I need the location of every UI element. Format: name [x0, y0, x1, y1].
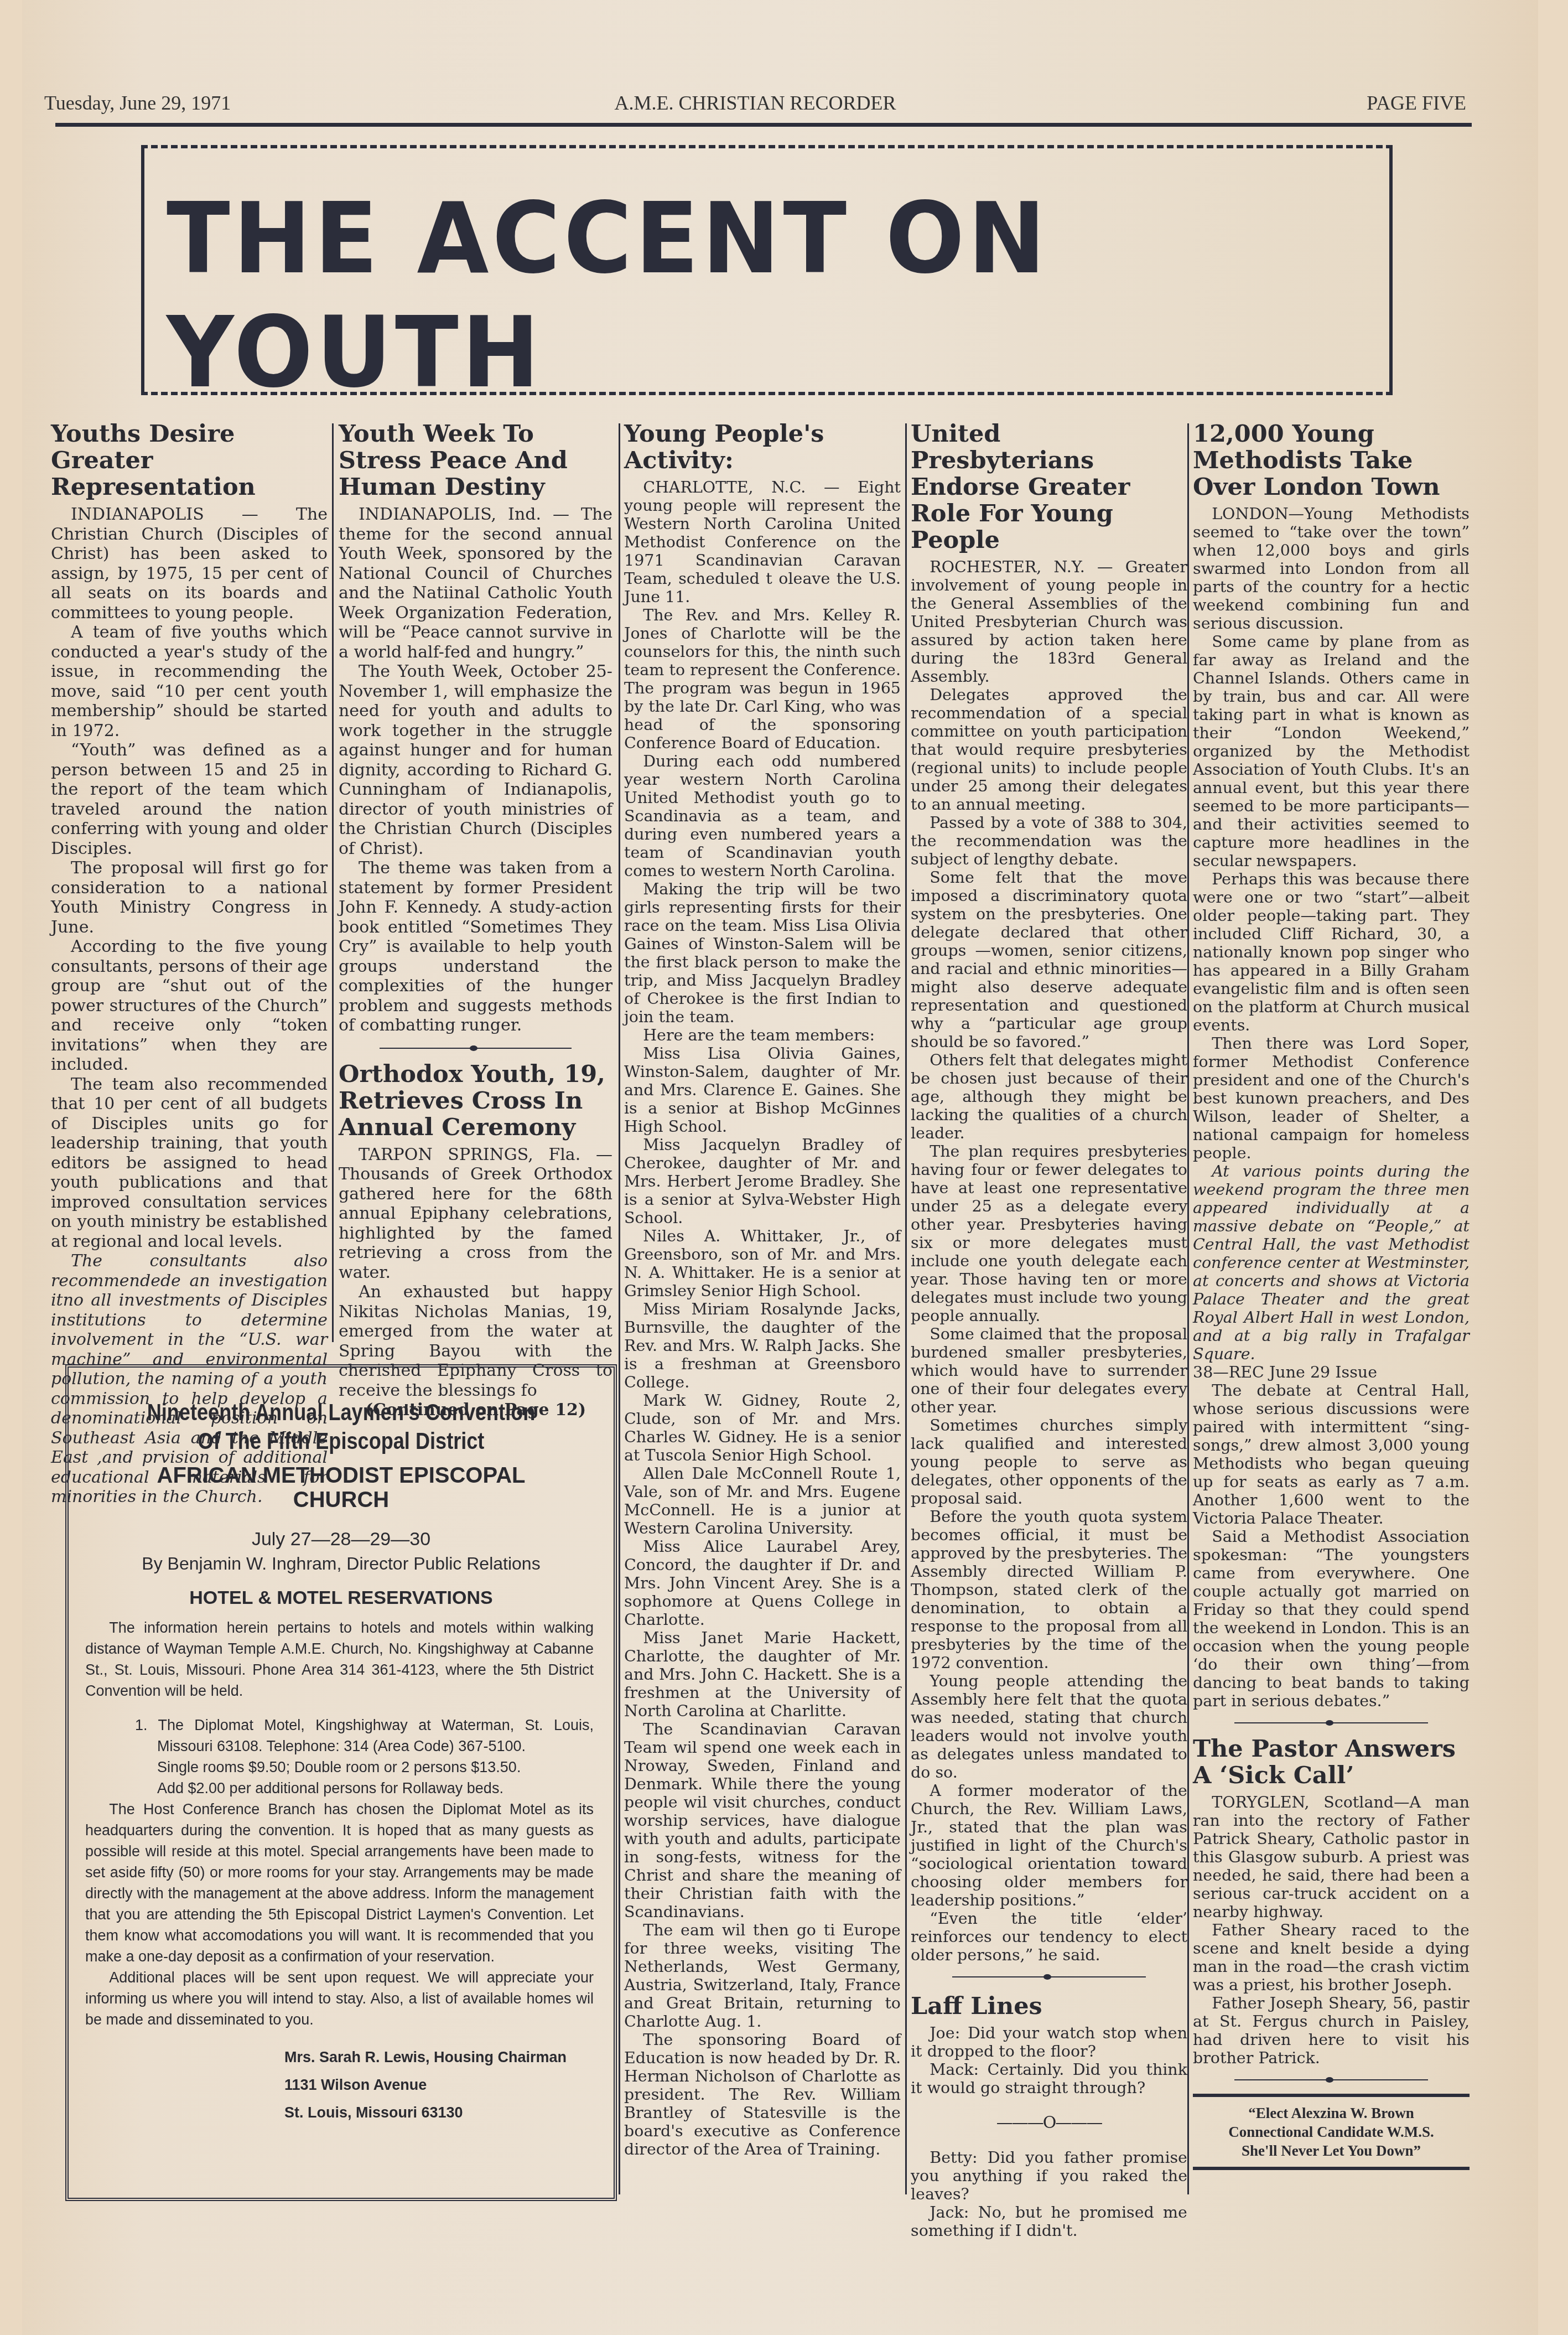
- paragraph: The debate at Central Hall, whose seriou…: [1193, 1381, 1470, 1528]
- signature-line: 1131 Wilson Avenue: [284, 2071, 594, 2099]
- article-young-methodists: 12,000 Young Methodists Take Over London…: [1193, 421, 1470, 2170]
- article-united-presbyterians: United Presbyterians Endorse Greater Rol…: [911, 421, 1187, 2240]
- ad-list-item: 1. The Diplomat Motel, Kingshighway at W…: [85, 1715, 594, 1757]
- headline: Young People's Activity:: [624, 421, 901, 474]
- headline: The Pastor Answers A ‘Sick Call’: [1193, 1736, 1470, 1789]
- paragraph: The eam wil then go ti Europe for three …: [624, 1921, 901, 2031]
- paragraph: Niles A. Whittaker, Jr., of Greensboro, …: [624, 1227, 901, 1300]
- paragraph: Miss Jacquelyn Bradley of Cherokee, daug…: [624, 1136, 901, 1227]
- paragraph: Delegates approved the recommendation of…: [911, 686, 1187, 814]
- ad-rate: Single rooms $9.50; Double room or 2 per…: [85, 1757, 594, 1778]
- paragraph: Miss Lisa Olivia Gaines, Winston-Salem, …: [624, 1044, 901, 1136]
- paragraph: According to the five young consultants,…: [51, 937, 328, 1075]
- ad-paragraph: The Host Conference Branch has chosen th…: [85, 1799, 594, 1967]
- section-banner: THE ACCENT ON YOUTH: [141, 145, 1393, 395]
- paragraph: Miss Miriam Rosalynde Jacks, Burnsville,…: [624, 1300, 901, 1391]
- ad-dates: July 27—28—29—30: [69, 1529, 614, 1550]
- paragraph: TORYGLEN, Scotland—A man ran into the re…: [1193, 1793, 1470, 1921]
- campaign-line: Connectional Candidate W.M.S.: [1193, 2122, 1470, 2141]
- paragraph: Passed by a vote of 388 to 304, the reco…: [911, 814, 1187, 868]
- circle-divider: ———O———: [911, 2114, 1187, 2132]
- paragraph: Miss Alice Laurabel Arey, Concord, the d…: [624, 1537, 901, 1629]
- paragraph: Joe: Did your watch stop when it dropped…: [911, 2024, 1187, 2060]
- column-divider: [905, 423, 907, 2194]
- paragraph: Said a Methodist Association spokesman: …: [1193, 1528, 1470, 1710]
- paragraph: The theme was taken from a statement by …: [339, 858, 612, 1036]
- paragraph: The team also recommended that 10 per ce…: [51, 1075, 328, 1252]
- paragraph: Before the youth quota system becomes of…: [911, 1508, 1187, 1672]
- ad-title: Nineteenth Annual Laymen's Convention Of…: [107, 1398, 575, 1456]
- ad-title-line: Of The Fifth Episcopal District: [107, 1427, 575, 1456]
- newspaper-name: A.M.E. CHRISTIAN RECORDER: [44, 91, 1466, 115]
- headline: Youth Week To Stress Peace And Human Des…: [339, 421, 612, 500]
- paragraph: The sponsoring Board of Education is now…: [624, 2031, 901, 2158]
- headline: United Presbyterians Endorse Greater Rol…: [911, 421, 1187, 553]
- paragraph: Mark W. Gidney, Route 2, Clude, son of M…: [624, 1391, 901, 1464]
- page-number: PAGE FIVE: [1367, 91, 1466, 115]
- column-divider: [1187, 423, 1189, 2194]
- column-divider: [332, 423, 334, 1342]
- ad-byline: By Benjamin W. Inghram, Director Public …: [69, 1553, 614, 1574]
- ad-title-line: Nineteenth Annual Laymen's Convention: [107, 1398, 575, 1427]
- paragraph: Father Sheary raced to the scene and kne…: [1193, 1921, 1470, 1994]
- paragraph: Making the trip will be two girls repres…: [624, 880, 901, 1026]
- signature-line: Mrs. Sarah R. Lewis, Housing Chairman: [284, 2043, 594, 2071]
- ad-paragraph: Additional places will be sent upon requ…: [85, 1967, 594, 2030]
- paragraph: “Even the title ‘elder’ reinforces our t…: [911, 1909, 1187, 1964]
- article-youths-desire: Youths Desire Greater Representation IND…: [51, 421, 328, 1507]
- signature-line: St. Louis, Missouri 63130: [284, 2099, 594, 2126]
- paragraph: INDIANAPOLIS, Ind. — The theme for the s…: [339, 505, 612, 662]
- paragraph: The Scandinavian Caravan Team wil spend …: [624, 1720, 901, 1921]
- section-title: THE ACCENT ON YOUTH: [167, 182, 1389, 410]
- paragraph: “Youth” was defined as a person between …: [51, 741, 328, 858]
- paragraph: Miss Janet Marie Hackett, Charlotte, the…: [624, 1629, 901, 1720]
- paragraph: Some claimed that the proposal burdened …: [911, 1325, 1187, 1416]
- masthead: Tuesday, June 29, 1971 A.M.E. CHRISTIAN …: [44, 91, 1466, 125]
- ad-church: AFRICAN METHODIST EPISCOPAL CHURCH: [69, 1463, 614, 1512]
- campaign-line: She'll Never Let You Down”: [1193, 2141, 1470, 2160]
- paragraph: Betty: Did you father promise you anythi…: [911, 2148, 1187, 2203]
- paragraph: ROCHESTER, N.Y. — Greater involvement of…: [911, 558, 1187, 686]
- convention-advertisement: Nineteenth Annual Laymen's Convention Of…: [65, 1364, 617, 2201]
- paragraph: Then there was Lord Soper, former Method…: [1193, 1034, 1470, 1162]
- headline: 12,000 Young Methodists Take Over London…: [1193, 421, 1470, 500]
- paragraph: Jack: No, but he promised me something i…: [911, 2203, 1187, 2240]
- article-young-peoples-activity: Young People's Activity: CHARLOTTE, N.C.…: [624, 421, 901, 2158]
- paragraph: Some came by plane from as far away as I…: [1193, 633, 1470, 870]
- campaign-box: “Elect Alexzina W. Brown Connectional Ca…: [1193, 2094, 1470, 2170]
- column-divider: [619, 423, 620, 2194]
- paragraph: Some felt that the move imposed a discri…: [911, 868, 1187, 1051]
- paragraph: During each odd numbered year western No…: [624, 752, 901, 880]
- paragraph: A team of five youths which conducted a …: [51, 623, 328, 741]
- paragraph: CHARLOTTE, N.C. — Eight young people wil…: [624, 478, 901, 606]
- paragraph: The Youth Week, October 25-November 1, w…: [339, 662, 612, 858]
- masthead-rule: [55, 123, 1472, 127]
- ad-paragraph: The information herein pertains to hotel…: [85, 1617, 594, 1701]
- ornament-divider: [952, 1974, 1146, 1980]
- ad-church-line: AFRICAN METHODIST EPISCOPAL: [69, 1463, 614, 1488]
- paragraph: The plan requires presbyteries having fo…: [911, 1142, 1187, 1325]
- ad-church-line: CHURCH: [69, 1488, 614, 1512]
- ad-rate: Add $2.00 per additional persons for Rol…: [85, 1778, 594, 1799]
- ad-section-heading: HOTEL & MOTEL RESERVATIONS: [69, 1587, 614, 1608]
- ad-body: The information herein pertains to hotel…: [69, 1608, 614, 2126]
- paragraph: Sometimes churches simply lack qualified…: [911, 1416, 1187, 1508]
- paragraph: A former moderator of the Church, the Re…: [911, 1782, 1187, 1909]
- headline: Laff Lines: [911, 1993, 1187, 2020]
- paragraph: Others felt that delegates might be chos…: [911, 1051, 1187, 1142]
- headline: Youths Desire Greater Representation: [51, 421, 328, 500]
- paragraph: LONDON—Young Methodists seemed to “take …: [1193, 505, 1470, 633]
- paragraph: At various points during the weekend pro…: [1193, 1162, 1470, 1363]
- campaign-line: “Elect Alexzina W. Brown: [1193, 2104, 1470, 2122]
- paragraph: Allen Dale McConnell Route 1, Vale, son …: [624, 1464, 901, 1537]
- headline: Orthodox Youth, 19, Retrieves Cross In A…: [339, 1061, 612, 1141]
- paragraph: 38—REC June 29 Issue: [1193, 1363, 1470, 1381]
- paragraph: TARPON SPRINGS, Fla. — Thousands of Gree…: [339, 1145, 612, 1283]
- paragraph: The proposal will first go for considera…: [51, 858, 328, 937]
- paragraph: INDIANAPOLIS — The Christian Church (Dis…: [51, 505, 328, 623]
- paragraph: Young people attending the Assembly here…: [911, 1672, 1187, 1782]
- paragraph: The Rev. and Mrs. Kelley R. Jones of Cha…: [624, 606, 901, 752]
- ornament-divider: [380, 1045, 572, 1051]
- paragraph: Mack: Certainly. Did you think it would …: [911, 2060, 1187, 2097]
- paragraph: Father Joseph Sheary, 56, pastir at St. …: [1193, 1994, 1470, 2067]
- paragraph: Perhaps this was because there were one …: [1193, 870, 1470, 1034]
- ad-signature: Mrs. Sarah R. Lewis, Housing Chairman 11…: [284, 2043, 594, 2126]
- ornament-divider: [1234, 1720, 1428, 1726]
- ornament-divider: [1234, 2077, 1428, 2083]
- article-youth-week: Youth Week To Stress Peace And Human Des…: [339, 421, 612, 1420]
- paragraph: Here are the team members:: [624, 1026, 901, 1044]
